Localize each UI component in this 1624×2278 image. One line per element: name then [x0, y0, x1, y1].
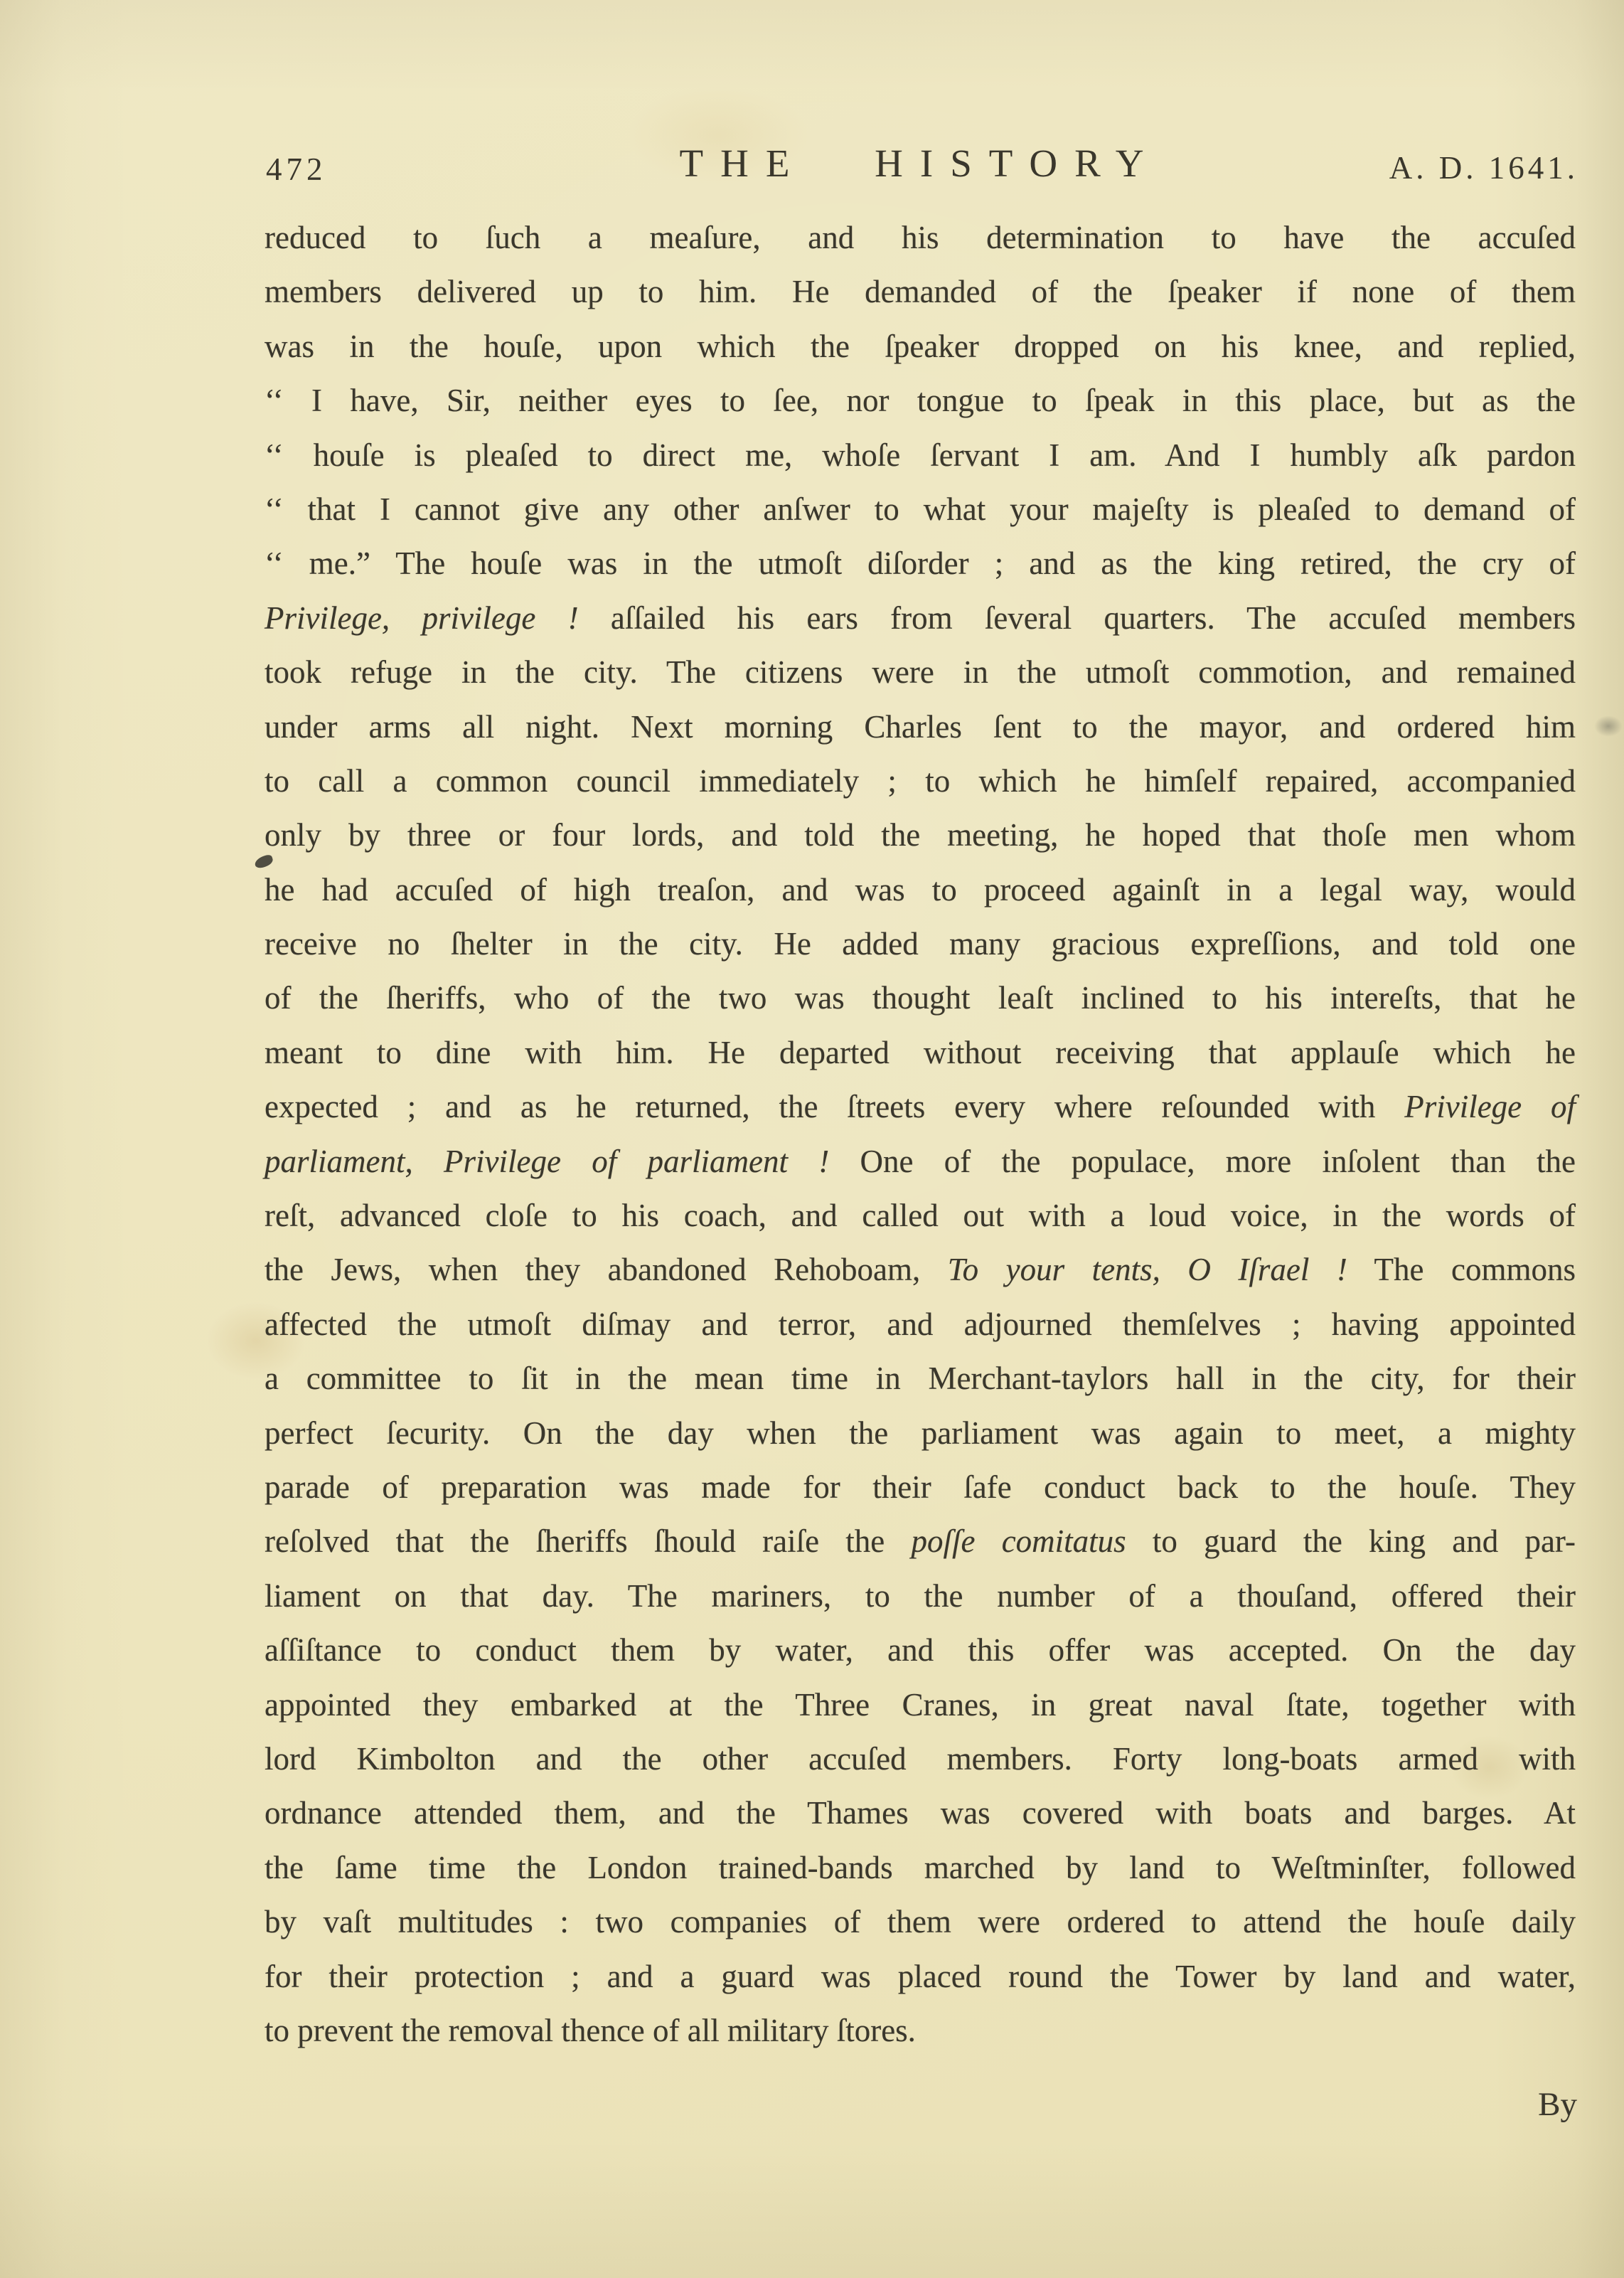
text-segment: took refuge in the city. The citizens we…: [265, 654, 1576, 690]
text-segment: under arms all night. Next morning Charl…: [265, 709, 1576, 745]
text-segment: he had accuſed of high treaſon, and was …: [265, 872, 1576, 908]
text-line: reduced to ſuch a meaſure, and his deter…: [265, 211, 1576, 265]
text-line: a committee to ſit in the mean time in M…: [265, 1351, 1576, 1405]
text-segment: the ſame time the London trained-bands m…: [265, 1850, 1576, 1885]
text-segment: ‘‘ houſe is pleaſed to direct me, whoſe …: [265, 437, 1576, 473]
text-segment: for their protection ; and a guard was p…: [265, 1959, 1576, 1994]
text-segment: a committee to ſit in the mean time in M…: [265, 1361, 1576, 1396]
italic-text-segment: Privilege, privilege !: [265, 600, 579, 636]
text-line: receive no ſhelter in the city. He added…: [265, 917, 1576, 971]
text-segment: One of the populace, more inſolent than …: [829, 1144, 1576, 1179]
text-segment: affected the utmoſt diſmay and terror, a…: [265, 1306, 1576, 1342]
text-line: ‘‘ I have, Sir, neither eyes to ſee, nor…: [265, 373, 1576, 427]
text-line: liament on that day. The mariners, to th…: [265, 1569, 1576, 1623]
text-segment: the Jews, when they abandoned Rehoboam,: [265, 1252, 948, 1287]
text-segment: aſſailed his ears from ſeveral quarters.…: [579, 600, 1576, 636]
text-segment: ‘‘ that I cannot give any other anſwer t…: [265, 491, 1576, 527]
text-line: affected the utmoſt diſmay and terror, a…: [265, 1297, 1576, 1351]
ink-smudge: [1594, 715, 1623, 737]
text-segment: parade of preparation was made for their…: [265, 1469, 1576, 1505]
text-segment: expected ; and as he returned, the ſtree…: [265, 1089, 1404, 1124]
text-line: parliament, Privilege of parliament ! On…: [265, 1134, 1576, 1188]
text-segment: ‘‘ I have, Sir, neither eyes to ſee, nor…: [265, 383, 1576, 418]
italic-text-segment: Privilege of: [1404, 1089, 1576, 1124]
text-line: ordnance attended them, and the Thames w…: [265, 1786, 1576, 1840]
text-segment: ordnance attended them, and the Thames w…: [265, 1795, 1576, 1831]
text-line: to call a common council immediately ; t…: [265, 754, 1576, 808]
italic-text-segment: To your tents, O Iſrael !: [948, 1252, 1347, 1287]
running-title: THE HISTORY: [265, 141, 1576, 186]
text-line: reſolved that the ſheriffs ſhould raiſe …: [265, 1514, 1576, 1568]
text-line: ‘‘ houſe is pleaſed to direct me, whoſe …: [265, 428, 1576, 482]
text-segment: by vaſt multitudes : two companies of th…: [265, 1904, 1576, 1939]
text-line: by vaſt multitudes : two companies of th…: [265, 1895, 1576, 1949]
text-segment: members delivered up to him. He demanded…: [265, 274, 1576, 309]
text-line: only by three or four lords, and told th…: [265, 808, 1576, 862]
text-segment: reduced to ſuch a meaſure, and his deter…: [265, 220, 1576, 255]
text-line: was in the houſe, upon which the ſpeaker…: [265, 319, 1576, 373]
book-page: 472 THE HISTORY A. D. 1641. reduced to ſ…: [0, 0, 1624, 2278]
text-segment: reſt, advanced cloſe to his coach, and c…: [265, 1198, 1576, 1233]
text-segment: perfect ſecurity. On the day when the pa…: [265, 1415, 1576, 1451]
text-segment: ‘‘ me.” The houſe was in the utmoſt diſo…: [265, 545, 1576, 581]
text-segment: reſolved that the ſheriffs ſhould raiſe …: [265, 1523, 912, 1559]
text-line: ‘‘ me.” The houſe was in the utmoſt diſo…: [265, 536, 1576, 590]
header-date: A. D. 1641.: [1389, 149, 1578, 186]
text-segment: The commons: [1347, 1252, 1576, 1287]
text-line: he had accuſed of high treaſon, and was …: [265, 863, 1576, 917]
text-line: aſſiſtance to conduct them by water, and…: [265, 1623, 1576, 1677]
page-body-text: reduced to ſuch a meaſure, and his deter…: [265, 211, 1576, 2058]
text-segment: appointed they embarked at the Three Cra…: [265, 1687, 1576, 1723]
text-line: to prevent the removal thence of all mil…: [265, 2003, 1576, 2058]
italic-text-segment: parliament, Privilege of parliament !: [265, 1144, 829, 1179]
text-line: expected ; and as he returned, the ſtree…: [265, 1080, 1576, 1134]
catchword: By: [1538, 2085, 1577, 2124]
text-segment: to guard the king and par-: [1126, 1523, 1576, 1559]
text-segment: to call a common council immediately ; t…: [265, 763, 1576, 799]
text-line: reſt, advanced cloſe to his coach, and c…: [265, 1188, 1576, 1242]
text-segment: only by three or four lords, and told th…: [265, 817, 1576, 853]
text-line: lord Kimbolton and the other accuſed mem…: [265, 1732, 1576, 1786]
text-line: took refuge in the city. The citizens we…: [265, 645, 1576, 699]
text-line: for their protection ; and a guard was p…: [265, 1949, 1576, 2003]
italic-text-segment: poſſe comitatus: [912, 1523, 1126, 1559]
text-line: members delivered up to him. He demanded…: [265, 265, 1576, 319]
text-line: perfect ſecurity. On the day when the pa…: [265, 1406, 1576, 1460]
text-segment: of the ſheriffs, who of the two was thou…: [265, 980, 1576, 1016]
text-line: under arms all night. Next morning Charl…: [265, 700, 1576, 754]
text-line: the ſame time the London trained-bands m…: [265, 1841, 1576, 1895]
text-line: appointed they embarked at the Three Cra…: [265, 1678, 1576, 1732]
text-line: meant to dine with him. He departed with…: [265, 1026, 1576, 1080]
text-line: Privilege, privilege ! aſſailed his ears…: [265, 591, 1576, 645]
text-segment: liament on that day. The mariners, to th…: [265, 1578, 1576, 1614]
text-line: parade of preparation was made for their…: [265, 1460, 1576, 1514]
text-segment: receive no ſhelter in the city. He added…: [265, 926, 1576, 962]
text-segment: aſſiſtance to conduct them by water, and…: [265, 1632, 1576, 1668]
text-line: of the ſheriffs, who of the two was thou…: [265, 971, 1576, 1025]
text-segment: meant to dine with him. He departed with…: [265, 1035, 1576, 1070]
text-line: ‘‘ that I cannot give any other anſwer t…: [265, 482, 1576, 536]
text-segment: lord Kimbolton and the other accuſed mem…: [265, 1741, 1576, 1777]
text-segment: to prevent the removal thence of all mil…: [265, 2013, 916, 2048]
text-line: the Jews, when they abandoned Rehoboam, …: [265, 1242, 1576, 1297]
text-segment: was in the houſe, upon which the ſpeaker…: [265, 329, 1576, 364]
